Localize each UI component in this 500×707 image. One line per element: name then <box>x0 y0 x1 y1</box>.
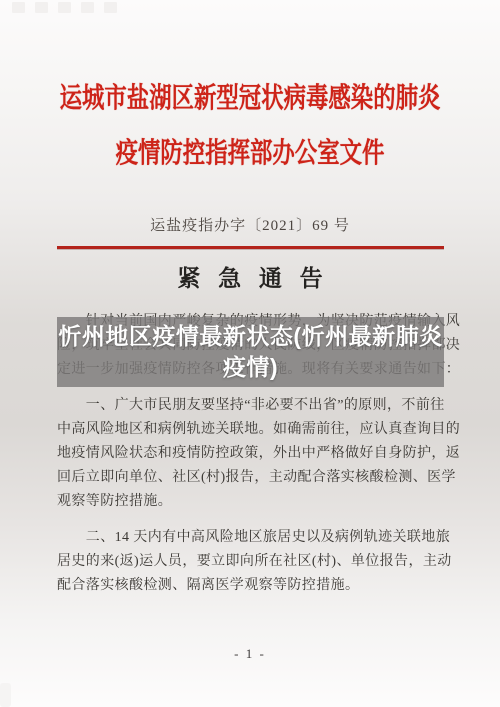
paragraph-item-1: 一、广大市民朋友要坚持“非必要不出省”的原则，不前往 中高风险地区和病例轨迹关联… <box>57 394 444 514</box>
scan-artifact-square <box>58 2 71 13</box>
body-line: 回后立即向单位、社区(村)报告，主动配合落实核酸检测、医学 <box>57 466 444 490</box>
document-title-line-2: 疫情防控指挥部办公室文件 <box>50 126 450 181</box>
page-number: - 1 - <box>0 646 500 662</box>
notice-heading: 紧 急 通 告 <box>0 260 500 293</box>
paragraph-item-2: 二、14 天内有中高风险地区旅居史以及病例轨迹关联地旅 居史的来(返)运人员，要… <box>57 526 444 598</box>
body-line: 观察等防控措施。 <box>57 490 444 514</box>
watermark-caption-band: 忻州地区疫情最新状态(忻州最新肺炎 疫情) <box>57 317 444 387</box>
document-title: 运城市盐湖区新型冠状病毒感染的肺炎 疫情防控指挥部办公室文件 <box>0 71 500 181</box>
watermark-caption-line-2: 疫情) <box>223 352 278 383</box>
document-page: 运城市盐湖区新型冠状病毒感染的肺炎 疫情防控指挥部办公室文件 运盐疫指办字〔20… <box>0 0 500 707</box>
scan-artifact-square <box>104 2 117 13</box>
body-line: 居史的来(返)运人员，要立即向所在社区(村)、单位报告，主动 <box>57 550 444 574</box>
body-line: 中高风险地区和病例轨迹关联地。如确需前往，应认真查询目的 <box>57 418 444 442</box>
body-line: 一、广大市民朋友要坚持“非必要不出省”的原则，不前往 <box>57 394 444 418</box>
scan-artifact-corner-bar <box>0 683 11 707</box>
watermark-caption-line-1: 忻州地区疫情最新状态(忻州最新肺炎 <box>58 321 442 352</box>
body-line: 配合落实核酸检测、隔离医学观察等防控措施。 <box>57 574 444 598</box>
scan-artifact-square <box>81 2 94 13</box>
scan-artifact-square <box>12 2 25 13</box>
red-divider-line <box>57 246 444 249</box>
scan-artifact-square <box>35 2 48 13</box>
scan-artifact-squares <box>12 2 117 13</box>
document-number: 运盐疫指办字〔2021〕69 号 <box>0 214 500 235</box>
body-line: 地疫情风险状态和疫情防控政策，外出中严格做好自身防护，返 <box>57 442 444 466</box>
document-title-line-1: 运城市盐湖区新型冠状病毒感染的肺炎 <box>50 71 450 126</box>
body-line: 二、14 天内有中高风险地区旅居史以及病例轨迹关联地旅 <box>57 526 444 550</box>
